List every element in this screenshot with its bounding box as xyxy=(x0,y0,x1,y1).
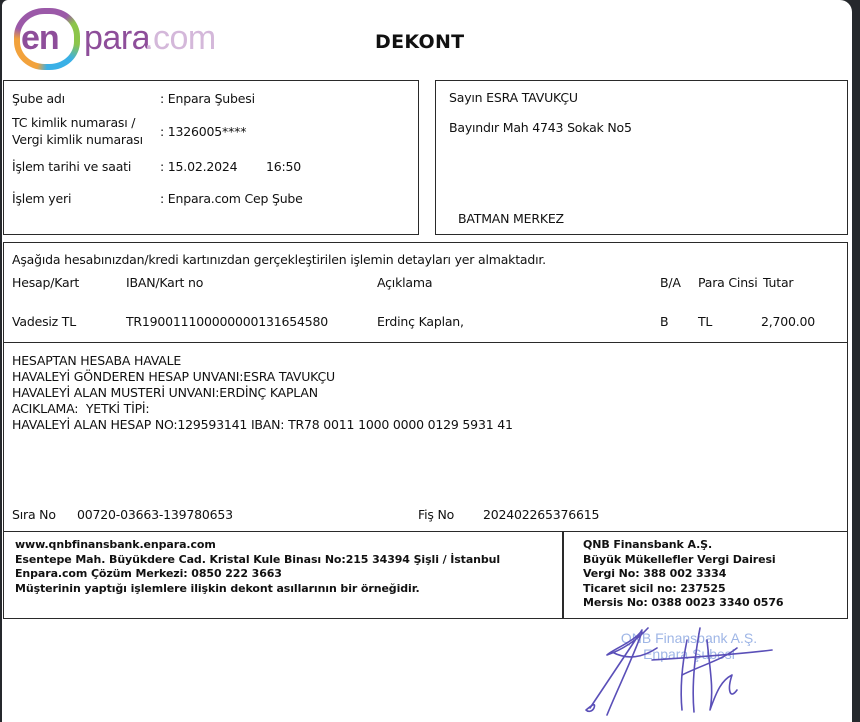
row-currency: TL xyxy=(698,314,712,329)
transaction-details-box: HESAPTAN HESABA HAVALE HAVALEYİ GÖNDEREN… xyxy=(3,342,848,532)
customer-address-box: Sayın ESRA TAVUKÇU Bayındır Mah 4743 Sok… xyxy=(435,80,848,235)
row-description: Erdinç Kaplan, xyxy=(377,314,464,329)
document-title: DEKONT xyxy=(375,31,464,53)
details-line-4: ACIKLAMA: YETKİ TİPİ: xyxy=(12,401,149,416)
transaction-place-value: : Enpara.com Cep Şube xyxy=(160,191,303,206)
row-iban: TR190011100000000131654580 xyxy=(126,314,328,329)
sira-no-label: Sıra No xyxy=(12,507,56,522)
logo-en-text: en xyxy=(21,19,59,58)
tax-number-label: Vergi kimlik numarası xyxy=(12,132,143,147)
details-line-5: HAVALEYİ ALAN HESAP NO:129593141 IBAN: T… xyxy=(12,417,513,432)
header-account: Hesap/Kart xyxy=(12,275,79,290)
transaction-table: Aşağıda hesabınızdan/kredi kartınızdan g… xyxy=(3,242,848,343)
row-ba: B xyxy=(660,314,668,329)
footer-support-phone: Enpara.com Çözüm Merkezi: 0850 222 3663 xyxy=(15,567,282,582)
transaction-intro: Aşağıda hesabınızdan/kredi kartınızdan g… xyxy=(12,252,546,267)
logo-com-text: .com xyxy=(144,19,216,58)
footer-address: Esentepe Mah. Büyükdere Cad. Kristal Kul… xyxy=(15,553,500,568)
header-description: Açıklama xyxy=(377,275,432,290)
transaction-place-label: İşlem yeri xyxy=(12,191,71,206)
footer-bank-name: QNB Finansbank A.Ş. xyxy=(583,538,712,553)
header-ba: B/A xyxy=(660,275,681,290)
branch-info-box: Şube adı : Enpara Şubesi TC kimlik numar… xyxy=(3,80,419,235)
signature-icon xyxy=(582,620,782,720)
details-line-3: HAVALEYİ ALAN MUSTERİ UNVANI:ERDİNÇ KAPL… xyxy=(12,385,318,400)
enpara-logo: en para .com xyxy=(12,6,212,72)
branch-name-value: : Enpara Şubesi xyxy=(160,91,255,106)
branch-name-label: Şube adı xyxy=(12,91,65,106)
transaction-datetime-label: İşlem tarihi ve saati xyxy=(12,159,131,174)
customer-city: BATMAN MERKEZ xyxy=(458,211,564,226)
footer-bank-contact: www.qnbfinansbank.enpara.com Esentepe Ma… xyxy=(3,531,564,619)
customer-address: Bayındır Mah 4743 Sokak No5 xyxy=(449,120,632,135)
footer-disclaimer: Müşterinin yaptığı işlemlere ilişkin dek… xyxy=(15,582,420,597)
receipt-page: en para .com DEKONT Şube adı : Enpara Şu… xyxy=(2,0,852,722)
customer-name: Sayın ESRA TAVUKÇU xyxy=(449,90,578,105)
footer-trade-registry: Ticaret sicil no: 237525 xyxy=(583,582,726,597)
footer-website: www.qnbfinansbank.enpara.com xyxy=(15,538,216,553)
transaction-date-value: : 15.02.2024 xyxy=(160,159,237,174)
fis-no-label: Fiş No xyxy=(418,507,454,522)
details-line-2: HAVALEYİ GÖNDEREN HESAP UNVANI:ESRA TAVU… xyxy=(12,369,335,384)
row-account: Vadesiz TL xyxy=(12,314,76,329)
tc-number-label: TC kimlik numarası / xyxy=(12,115,135,130)
footer-bank-registry: QNB Finansbank A.Ş. Büyük Mükellefler Ve… xyxy=(562,531,848,619)
footer-tax-number: Vergi No: 388 002 3334 xyxy=(583,567,726,582)
fis-no-value: 202402265376615 xyxy=(483,507,599,522)
row-amount: 2,700.00 xyxy=(761,314,815,329)
header-currency: Para Cinsi xyxy=(698,275,758,290)
logo-para-text: para xyxy=(84,19,150,58)
header-amount: Tutar xyxy=(763,275,793,290)
header-iban: IBAN/Kart no xyxy=(126,275,203,290)
tc-number-value: : 1326005**** xyxy=(160,124,246,139)
footer-tax-office: Büyük Mükellefler Vergi Dairesi xyxy=(583,553,776,568)
transaction-time-value: 16:50 xyxy=(266,159,301,174)
details-line-1: HESAPTAN HESABA HAVALE xyxy=(12,353,181,370)
sira-no-value: 00720-03663-139780653 xyxy=(77,507,233,522)
footer-mersis-number: Mersis No: 0388 0023 3340 0576 xyxy=(583,596,783,611)
